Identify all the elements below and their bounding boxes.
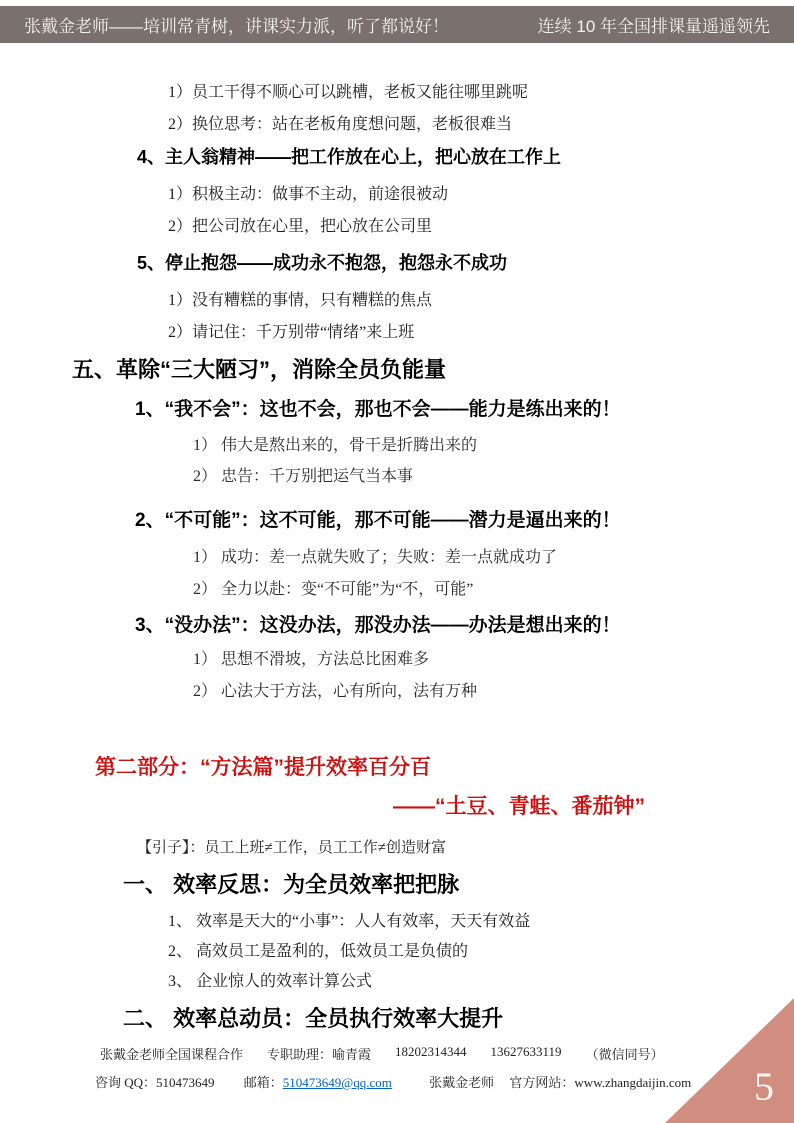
footer-qq: 咨询 QQ：510473649	[95, 1075, 215, 1090]
document-page: 张戴金老师——培训常青树，讲课实力派，听了都说好！ 连续 10 年全国排课量遥遥…	[0, 0, 794, 1123]
email-link[interactable]: 510473649@qq.com	[283, 1075, 392, 1090]
sub-heading: 2、“不可能”：这不可能，那不可能——潜力是逼出来的！	[135, 510, 621, 532]
footer-assistant: 专职助理：喻青霞	[267, 1044, 371, 1063]
sub-heading: 3、“没办法”：这没办法，那没办法——办法是想出来的！	[135, 615, 621, 637]
sub-heading: 4、主人翁精神——把工作放在心上，把心放在工作上	[137, 147, 561, 168]
footer-wechat-note: （微信同号）	[586, 1044, 664, 1063]
footer-line-1: 张戴金老师全国课程合作 专职助理：喻青霞 18202314344 1362763…	[100, 1044, 664, 1063]
list-item: 1）积极主动：做事不主动，前途很被动	[168, 186, 448, 204]
footer-cooperation: 张戴金老师全国课程合作	[100, 1044, 243, 1063]
sub-heading: 1、“我不会”：这也不会，那也不会——能力是练出来的！	[135, 399, 621, 421]
list-item: 2） 忠告：千万别把运气当本事	[193, 468, 413, 486]
list-item: 3、 企业惊人的效率计算公式	[168, 973, 372, 991]
list-item: 1） 成功：差一点就失败了；失败：差一点就成功了	[193, 549, 557, 567]
footer-teacher: 张戴金老师	[429, 1075, 494, 1090]
intro-line: 【引子】：员工上班≠工作，员工工作≠创造财富	[137, 840, 446, 857]
list-item: 2）请记住：千万别带“情绪”来上班	[168, 324, 414, 342]
list-item: 2） 心法大于方法，心有所向，法有万种	[193, 683, 477, 701]
footer-phone-1: 18202314344	[395, 1044, 467, 1063]
sub-heading: 5、停止抱怨——成功永不抱怨，抱怨永不成功	[137, 253, 507, 274]
list-item: 2） 全力以赴：变“不可能”为“不，可能”	[193, 581, 473, 599]
footer-line-2: 咨询 QQ：510473649 邮箱：510473649@qq.com 张戴金老…	[95, 1072, 691, 1091]
section-heading: 一、 效率反思：为全员效率把把脉	[123, 872, 459, 897]
footer-phone-2: 13627633119	[491, 1044, 562, 1063]
page-corner-triangle	[665, 998, 794, 1123]
footer-website: 官方网站：www.zhangdaijin.com	[509, 1075, 691, 1090]
list-item: 1）员工干得不顺心可以跳槽，老板又能往哪里跳呢	[168, 84, 528, 102]
header-left-text: 张戴金老师——培训常青树，讲课实力派，听了都说好！	[24, 12, 449, 37]
page-number: 5	[754, 1067, 774, 1107]
list-item: 1） 思想不滑坡，方法总比困难多	[193, 651, 429, 669]
list-item: 2、 高效员工是盈利的，低效员工是负债的	[168, 943, 468, 961]
list-item: 1）没有糟糕的事情，只有糟糕的焦点	[168, 292, 432, 310]
list-item: 2）换位思考：站在老板角度想问题，老板很难当	[168, 116, 512, 134]
part-title: 第二部分：“方法篇”提升效率百分百	[95, 756, 431, 780]
section-heading: 二、 效率总动员：全员执行效率大提升	[123, 1006, 503, 1031]
footer-email-label: 邮箱：	[244, 1075, 283, 1090]
header-right-text: 连续 10 年全国排课量遥遥领先	[538, 12, 770, 37]
list-item: 2）把公司放在心里，把心放在公司里	[168, 218, 432, 236]
list-item: 1） 伟大是熬出来的，骨干是折腾出来的	[193, 437, 477, 455]
list-item: 1、 效率是天大的“小事”：人人有效率，天天有效益	[168, 913, 530, 931]
part-subtitle: ——“土豆、青蛙、番茄钟”	[393, 795, 645, 819]
header-banner: 张戴金老师——培训常青树，讲课实力派，听了都说好！ 连续 10 年全国排课量遥遥…	[0, 6, 794, 43]
section-heading: 五、革除“三大陋习”，消除全员负能量	[72, 357, 446, 382]
